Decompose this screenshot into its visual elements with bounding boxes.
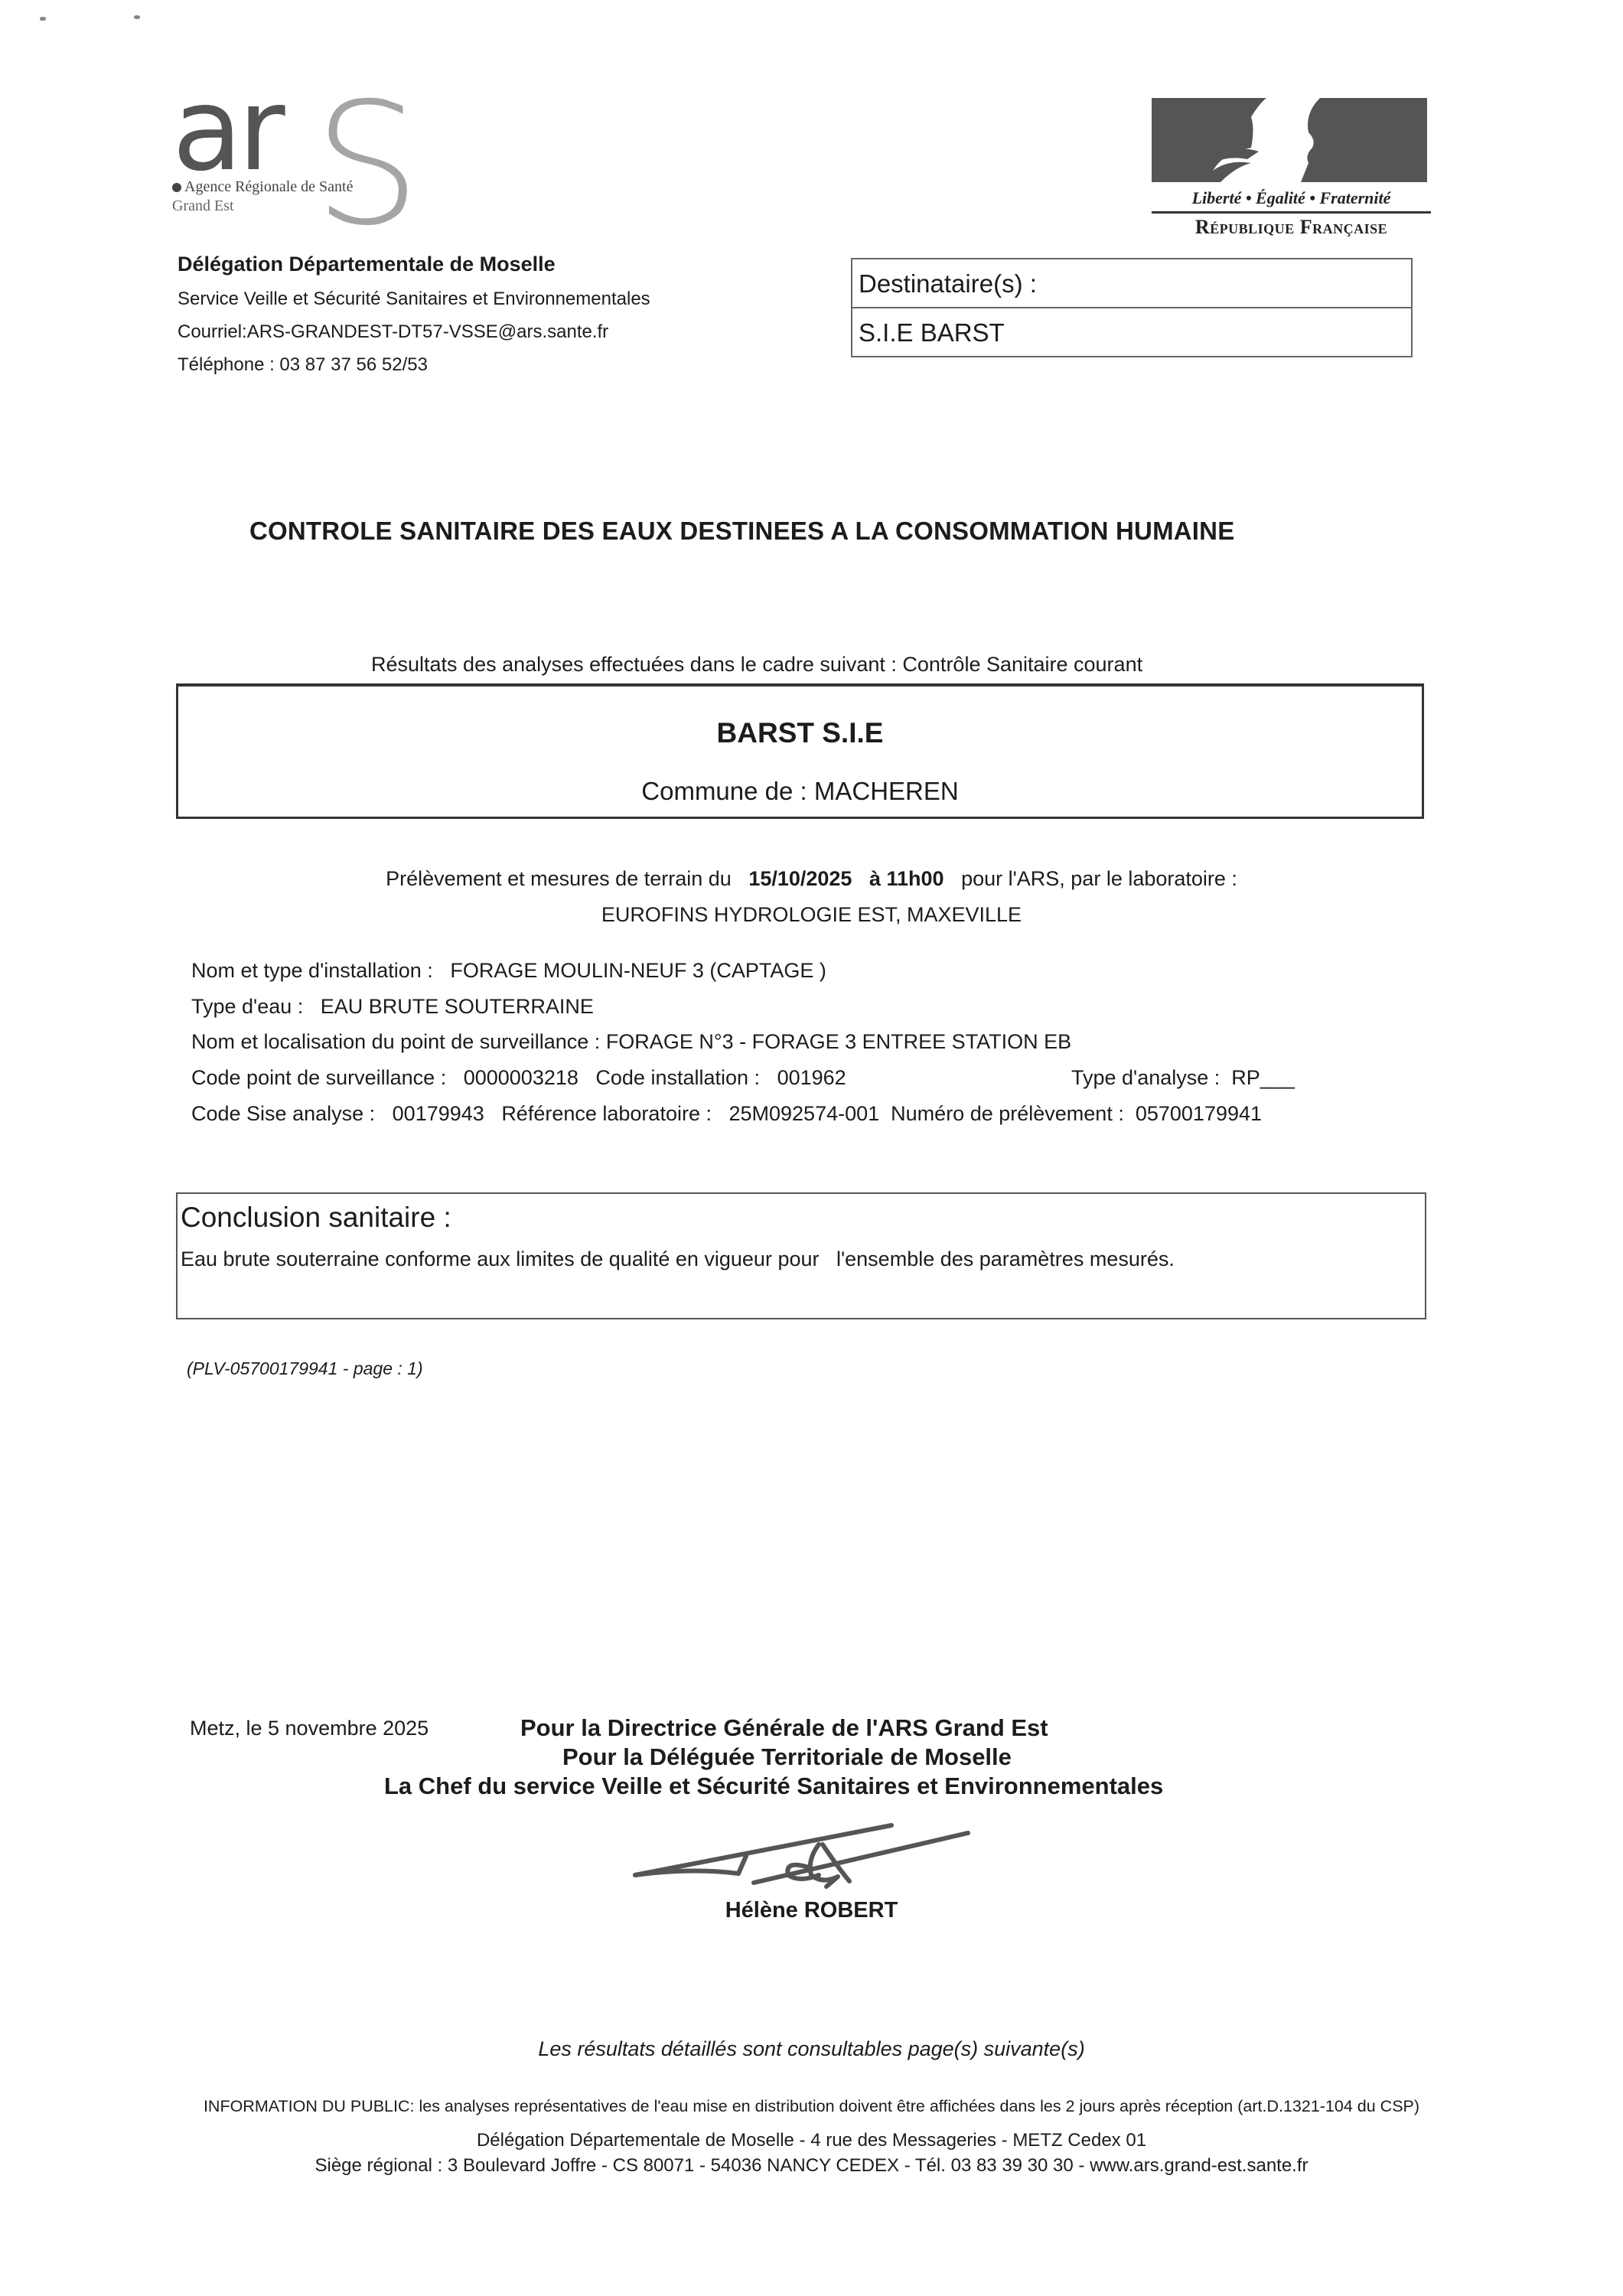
footer-address-headquarters: Siège régional : 3 Boulevard Joffre - CS… bbox=[0, 2155, 1623, 2177]
conclusion-text: Eau brute souterraine conforme aux limit… bbox=[181, 1247, 1175, 1271]
references-row: Code Sise analyse : 00179943 Référence l… bbox=[191, 1102, 1262, 1126]
lab-ref-label: Référence laboratoire : bbox=[501, 1102, 712, 1125]
water-type-row: Type d'eau : EAU BRUTE SOUTERRAINE bbox=[191, 995, 594, 1019]
divider bbox=[1152, 211, 1431, 214]
marianne-emblem-icon bbox=[1152, 98, 1427, 182]
entity-name: BARST S.I.E bbox=[178, 717, 1422, 749]
sise-value: 00179943 bbox=[393, 1102, 484, 1125]
monitoring-point-row: Nom et localisation du point de surveill… bbox=[191, 1030, 1071, 1054]
lab-ref-value: 25M092574-001 bbox=[728, 1102, 879, 1125]
page-title: CONTROLE SANITAIRE DES EAUX DESTINEES A … bbox=[249, 517, 1234, 546]
sender-phone: Téléphone : 03 87 37 56 52/53 bbox=[178, 354, 650, 376]
ars-logo-letters: ar bbox=[172, 73, 281, 188]
ars-agency-label: Agence Régionale de Santé bbox=[172, 178, 353, 196]
codes-row: Code point de surveillance : 0000003218 … bbox=[191, 1066, 1339, 1090]
ars-region-label: Grand Est bbox=[172, 197, 234, 215]
recipient-value: S.I.E BARST bbox=[852, 307, 1411, 356]
republique-francaise-logo: Liberté • Égalité • Fraternité Républiqu… bbox=[1152, 98, 1431, 239]
signature-line-1: Pour la Directrice Générale de l'ARS Gra… bbox=[520, 1714, 1048, 1742]
sender-block: Délégation Départementale de Moselle Ser… bbox=[178, 253, 650, 387]
install-code-label: Code installation : bbox=[595, 1066, 760, 1089]
sampling-date: 15/10/2025 bbox=[748, 867, 852, 890]
analysis-type: Type d'analyse : RP___ bbox=[1071, 1066, 1295, 1090]
monitoring-point-label: Nom et localisation du point de surveill… bbox=[191, 1030, 600, 1053]
sender-email[interactable]: Courriel:ARS-GRANDEST-DT57-VSSE@ars.sant… bbox=[178, 321, 650, 343]
entity-box: BARST S.I.E Commune de : MACHEREN bbox=[176, 683, 1424, 819]
sender-service: Service Veille et Sécurité Sanitaires et… bbox=[178, 289, 650, 310]
sample-no-label: Numéro de prélèvement : bbox=[891, 1102, 1124, 1125]
recipient-box: Destinataire(s) : S.I.E BARST bbox=[851, 258, 1413, 357]
handwritten-signature-icon bbox=[631, 1814, 976, 1902]
page-reference: (PLV-05700179941 - page : 1) bbox=[187, 1358, 423, 1379]
ars-logo-s: S bbox=[314, 80, 421, 249]
analysis-type-value: RP___ bbox=[1231, 1066, 1295, 1089]
sampling-prefix: Prélèvement et mesures de terrain du bbox=[386, 867, 732, 890]
sender-organization: Délégation Départementale de Moselle bbox=[178, 253, 650, 276]
sise-label: Code Sise analyse : bbox=[191, 1102, 375, 1125]
water-type-label: Type d'eau : bbox=[191, 995, 303, 1018]
entity-commune: Commune de : MACHEREN bbox=[178, 777, 1422, 806]
republic-motto: Liberté • Égalité • Fraternité bbox=[1152, 188, 1431, 208]
signer-name: Hélène ROBERT bbox=[0, 1898, 1623, 1923]
details-note: Les résultats détaillés sont consultable… bbox=[0, 2037, 1623, 2061]
signature-line-2: Pour la Déléguée Territoriale de Moselle bbox=[562, 1743, 1012, 1771]
sampling-time: à 11h00 bbox=[869, 867, 944, 890]
sampling-line: Prélèvement et mesures de terrain du 15/… bbox=[0, 867, 1623, 891]
installation-name-value: FORAGE MOULIN-NEUF 3 (CAPTAGE ) bbox=[450, 959, 826, 982]
signature-date: Metz, le 5 novembre 2025 bbox=[190, 1717, 429, 1740]
sample-no-value: 05700179941 bbox=[1136, 1102, 1262, 1125]
scan-artifact bbox=[40, 17, 46, 21]
republic-name: République Française bbox=[1152, 216, 1431, 239]
conclusion-title: Conclusion sanitaire : bbox=[181, 1202, 451, 1234]
ars-logo: ar S Agence Régionale de Santé Grand Est bbox=[172, 96, 432, 230]
point-code-label: Code point de surveillance : bbox=[191, 1066, 446, 1089]
signature-line-3: La Chef du service Veille et Sécurité Sa… bbox=[384, 1773, 1163, 1800]
laboratory-name: EUROFINS HYDROLOGIE EST, MAXEVILLE bbox=[0, 903, 1623, 927]
water-type-value: EAU BRUTE SOUTERRAINE bbox=[321, 995, 594, 1018]
dot-icon bbox=[172, 183, 181, 192]
monitoring-point-value: FORAGE N°3 - FORAGE 3 ENTREE STATION EB bbox=[606, 1030, 1071, 1053]
analysis-type-label: Type d'analyse : bbox=[1071, 1066, 1220, 1089]
analysis-context: Résultats des analyses effectuées dans l… bbox=[371, 653, 1142, 677]
install-code-value: 001962 bbox=[777, 1066, 846, 1089]
recipient-label: Destinataire(s) : bbox=[852, 259, 1411, 307]
installation-name-label: Nom et type d'installation : bbox=[191, 959, 433, 982]
conclusion-box: Conclusion sanitaire : Eau brute souterr… bbox=[176, 1192, 1426, 1319]
sampling-suffix: pour l'ARS, par le laboratoire : bbox=[961, 867, 1237, 890]
scan-artifact bbox=[134, 15, 140, 19]
public-information: INFORMATION DU PUBLIC: les analyses repr… bbox=[0, 2097, 1623, 2116]
footer-address-delegation: Délégation Départementale de Moselle - 4… bbox=[0, 2130, 1623, 2151]
installation-name-row: Nom et type d'installation : FORAGE MOUL… bbox=[191, 959, 826, 983]
point-code-value: 0000003218 bbox=[464, 1066, 578, 1089]
